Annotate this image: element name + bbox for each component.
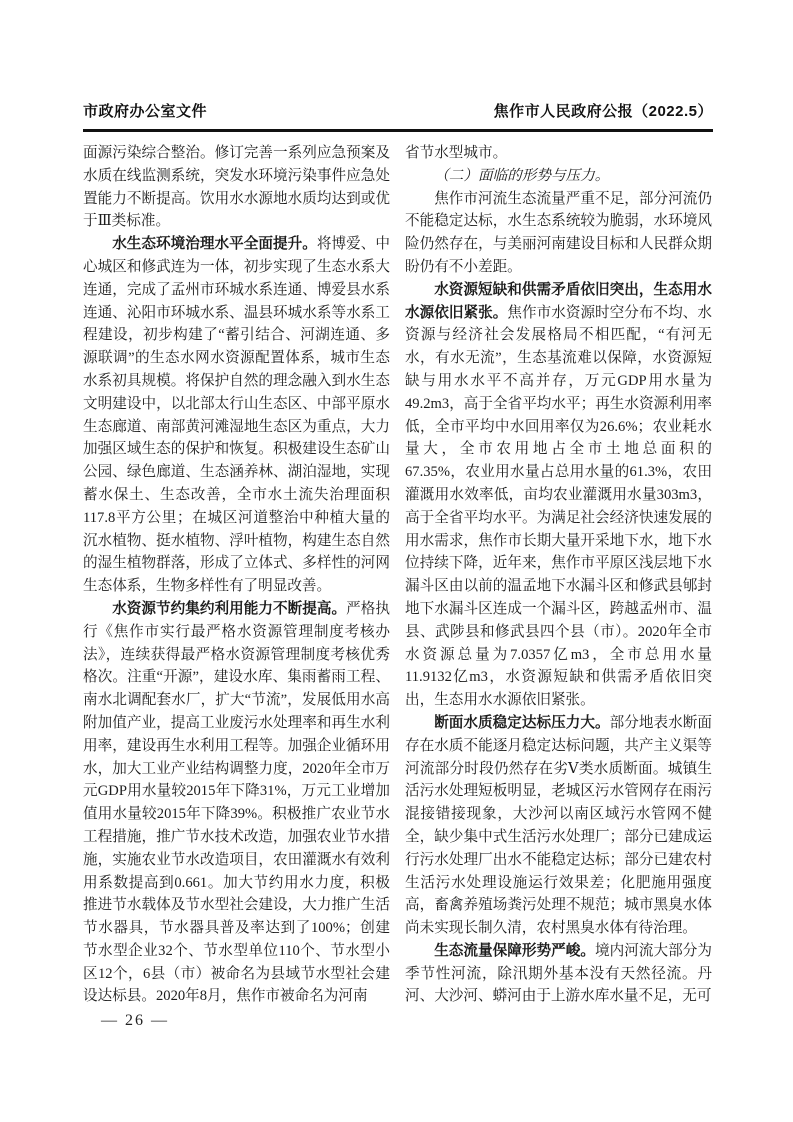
paragraph: 水资源节约集约利用能力不断提高。严格执行《焦作市实行最严格水资源管理制度考核办法… [83,598,390,1008]
page-number: — 26 — [101,1012,169,1030]
text-run: （二）面临的形势与压力。 [434,168,609,184]
column-right: 省节水型城市。（二）面临的形势与压力。焦作市河流生态流量严重不足，部分河流仍不能… [405,142,712,1008]
paragraph: 水资源短缺和供需矛盾依旧突出，生态用水水源依旧紧张。焦作市水资源时空分布不均、水… [405,279,712,712]
paragraph: 水生态环境治理水平全面提升。将博爱、中心城区和修武连为一体，初步实现了生态水系大… [83,233,390,598]
paragraph: 省节水型城市。 [405,142,712,165]
text-run: 焦作市水资源时空分布不均、水资源与经济社会发展格局不相匹配，“有河无水，有水无流… [405,305,712,709]
paragraph: 焦作市河流生态流量严重不足，部分河流仍不能稳定达标，水生态系统较为脆弱，水环境风… [405,188,712,279]
column-left: 面源污染综合整治。修订完善一系列应急预案及水质在线监测系统，突发水环境污染事件应… [83,142,390,1008]
header-left-title: 市政府办公室文件 [83,100,207,121]
text-run: 水资源节约集约利用能力不断提高。 [112,601,346,617]
page-header: 市政府办公室文件 焦作市人民政府公报（2022.5） [83,100,713,121]
text-run: 面源污染综合整治。修订完善一系列应急预案及水质在线监测系统，突发水环境污染事件应… [83,145,390,229]
text-run: 水生态环境治理水平全面提升。 [112,236,317,252]
paragraph: 面源污染综合整治。修订完善一系列应急预案及水质在线监测系统，突发水环境污染事件应… [83,142,390,233]
text-run: 将博爱、中心城区和修武连为一体，初步实现了生态水系大连通，完成了孟州市环城水系连… [83,236,390,594]
text-run: 断面水质稳定达标压力大。 [434,715,609,731]
text-run: 部分地表水断面存在水质不能逐月稳定达标问题，共产主义渠等河流部分时段仍然存在劣Ⅴ… [405,715,712,936]
text-run: 生态流量保障形势严峻。 [434,943,595,959]
paragraph: （二）面临的形势与压力。 [405,165,712,188]
body-columns: 面源污染综合整治。修订完善一系列应急预案及水质在线监测系统，突发水环境污染事件应… [83,142,713,1008]
header-right-title: 焦作市人民政府公报（2022.5） [494,100,713,121]
text-run: 严格执行《焦作市实行最严格水资源管理制度考核办法》，连续获得最严格水资源管理制度… [83,601,390,1005]
text-run: 省节水型城市。 [405,145,507,161]
text-run: 焦作市河流生态流量严重不足，部分河流仍不能稳定达标，水生态系统较为脆弱，水环境风… [405,191,712,275]
paragraph: 断面水质稳定达标压力大。部分地表水断面存在水质不能逐月稳定达标问题，共产主义渠等… [405,712,712,940]
header-divider-rule [83,129,713,132]
paragraph: 生态流量保障形势严峻。境内河流大部分为季节性河流，除汛期外基本没有天然径流。丹河… [405,940,712,1008]
document-page: 市政府办公室文件 焦作市人民政府公报（2022.5） 面源污染综合整治。修订完善… [0,0,793,1122]
